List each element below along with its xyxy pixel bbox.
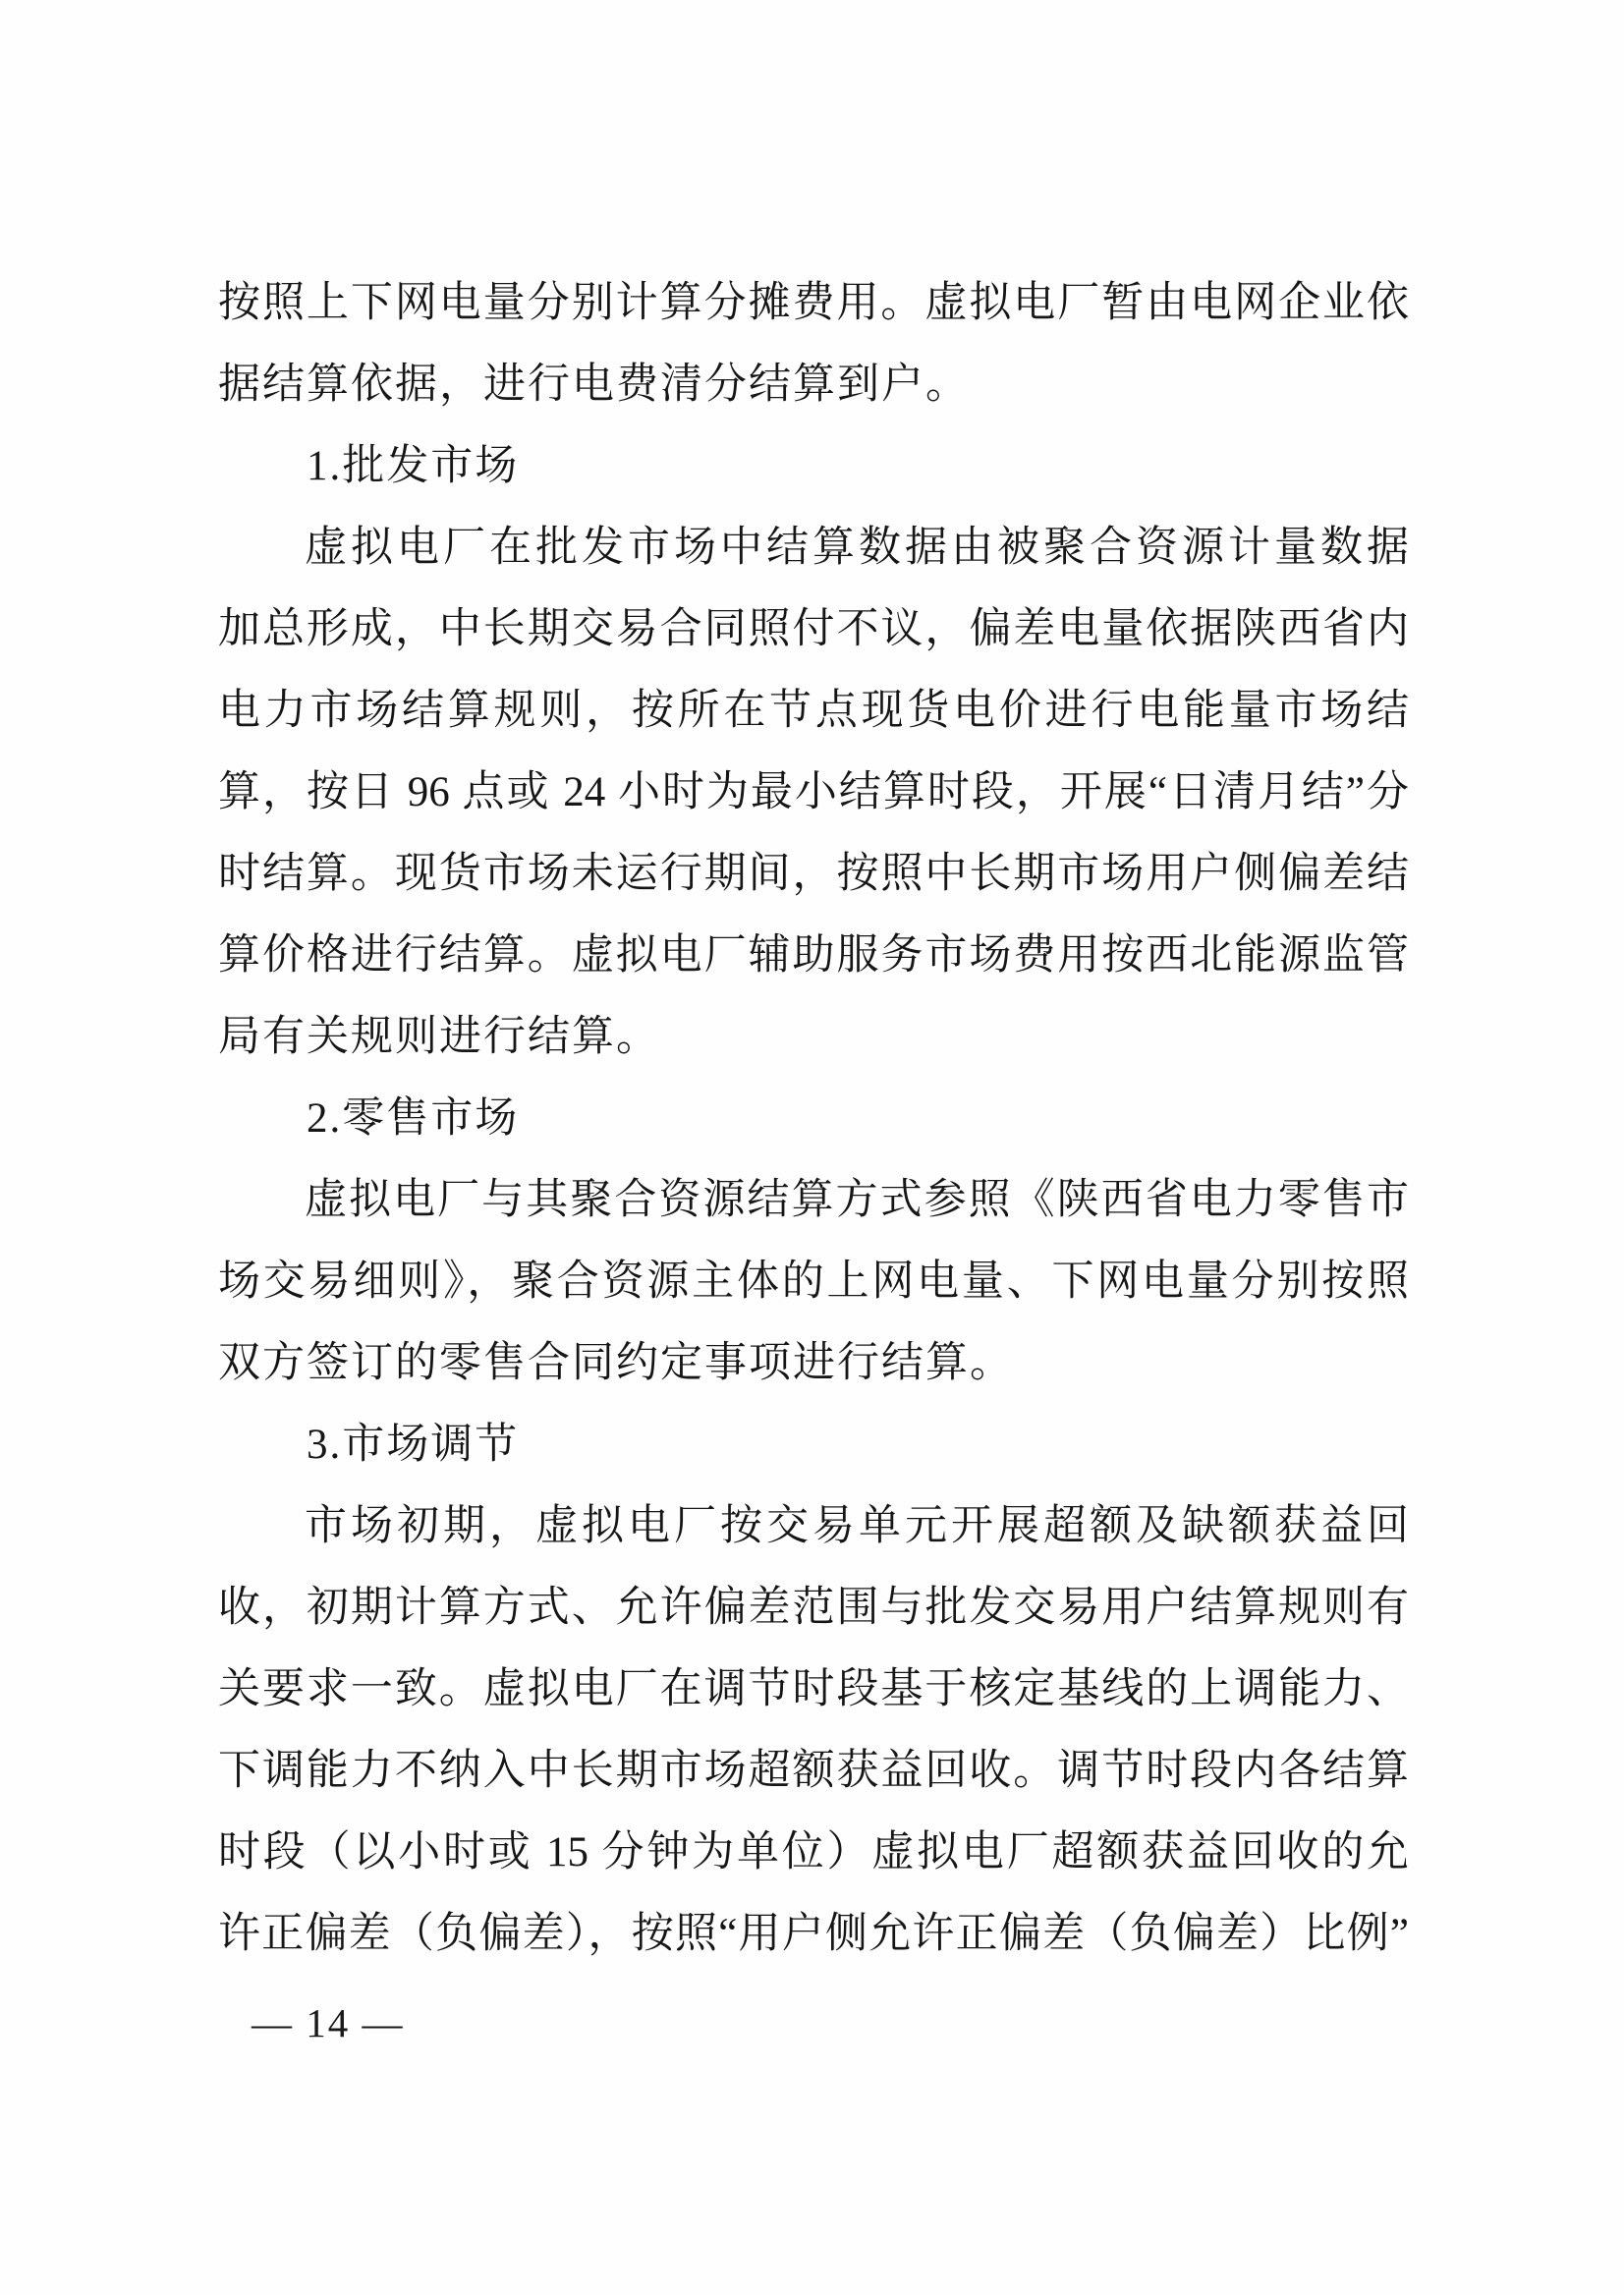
text-line: 虚拟电厂在批发市场中结算数据由被聚合资源计量数据 [218, 507, 1409, 588]
page-number: — 14 — [252, 2000, 405, 2045]
text-line: 收，初期计算方式、允许偏差范围与批发交易用户结算规则有 [218, 1567, 1409, 1649]
text-line: 时结算。现货市场未运行期间，按照中长期市场用户侧偏差结 [218, 833, 1409, 915]
text-line: 虚拟电厂与其聚合资源结算方式参照《陕西省电力零售市 [218, 1159, 1409, 1241]
text-line: 场交易细则》，聚合资源主体的上网电量、下网电量分别按照 [218, 1241, 1409, 1322]
text-line: 算，按日 96 点或 24 小时为最小结算时段，开展“日清月结”分 [218, 752, 1409, 833]
text-line: 许正偏差（负偏差），按照“用户侧允许正偏差（负偏差）比例” [218, 1893, 1409, 1975]
section-heading: 2.零售市场 [218, 1078, 1409, 1159]
text-line: 下调能力不纳入中长期市场超额获益回收。调节时段内各结算 [218, 1730, 1409, 1812]
section-heading: 3.市场调节 [218, 1404, 1409, 1485]
text-line: 关要求一致。虚拟电厂在调节时段基于核定基线的上调能力、 [218, 1649, 1409, 1730]
text-line: 电力市场结算规则，按所在节点现货电价进行电能量市场结 [218, 670, 1409, 752]
document-page: 按照上下网电量分别计算分摊费用。虚拟电厂暂由电网企业依 据结算依据，进行电费清分… [0, 0, 1624, 2295]
text-line: 双方签订的零售合同约定事项进行结算。 [218, 1322, 1409, 1404]
text-line: 算价格进行结算。虚拟电厂辅助服务市场费用按西北能源监管 [218, 915, 1409, 996]
text-line: 局有关规则进行结算。 [218, 996, 1409, 1078]
text-line: 市场初期，虚拟电厂按交易单元开展超额及缺额获益回 [218, 1485, 1409, 1567]
text-line: 按照上下网电量分别计算分摊费用。虚拟电厂暂由电网企业依 [218, 262, 1409, 344]
text-line: 据结算依据，进行电费清分结算到户。 [218, 344, 1409, 425]
document-body: 按照上下网电量分别计算分摊费用。虚拟电厂暂由电网企业依 据结算依据，进行电费清分… [218, 262, 1409, 1975]
text-line: 加总形成，中长期交易合同照付不议，偏差电量依据陕西省内 [218, 588, 1409, 670]
text-line: 时段（以小时或 15 分钟为单位）虚拟电厂超额获益回收的允 [218, 1812, 1409, 1893]
section-heading: 1.批发市场 [218, 425, 1409, 507]
